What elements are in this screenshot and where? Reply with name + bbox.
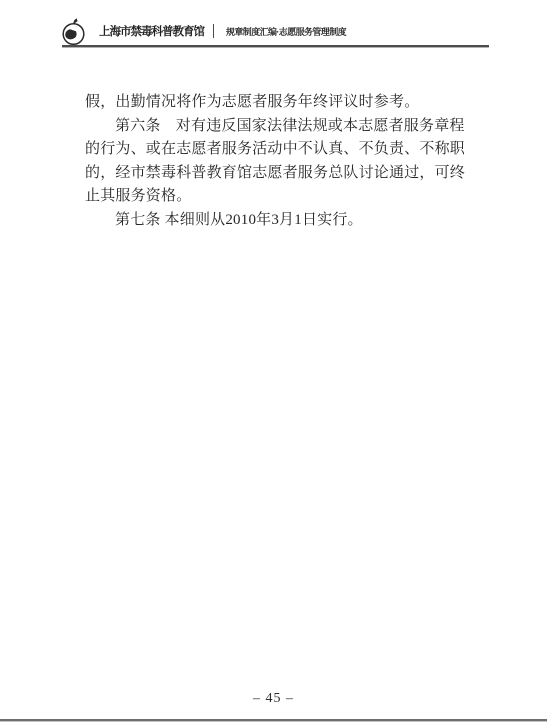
body-line-3: 的行为、或在志愿者服务活动中不认真、不负责、不称职 [85, 138, 470, 162]
page-number: – 45 – [253, 691, 294, 706]
page-bottom-edge [0, 719, 547, 722]
section-title: 规章制度汇编·志愿服务管理制度 [226, 25, 346, 38]
body-line-6-article-7: 第七条 本细则从2010年3月1日实行。 [85, 209, 470, 233]
document-page: 上海市禁毒科普教育馆 规章制度汇编·志愿服务管理制度 假，出勤情况将作为志愿者服… [0, 0, 547, 726]
document-body: 假，出勤情况将作为志愿者服务年终评议时参考。 第六条 对有违反国家法律法规或本志… [85, 91, 470, 232]
body-line-5: 止其服务资格。 [85, 185, 470, 209]
header-rule [62, 45, 489, 48]
body-line-1: 假，出勤情况将作为志愿者服务年终评议时参考。 [85, 91, 470, 115]
page-header: 上海市禁毒科普教育馆 规章制度汇编·志愿服务管理制度 [61, 16, 346, 46]
body-line-2-article-6: 第六条 对有违反国家法律法规或本志愿者服务章程 [85, 115, 470, 139]
page-footer: – 45 – [0, 689, 547, 707]
organization-name: 上海市禁毒科普教育馆 [99, 23, 204, 39]
body-line-4: 的，经市禁毒科普教育馆志愿者服务总队讨论通过，可终 [85, 162, 470, 186]
museum-logo-icon [61, 17, 86, 46]
header-divider [213, 24, 214, 38]
